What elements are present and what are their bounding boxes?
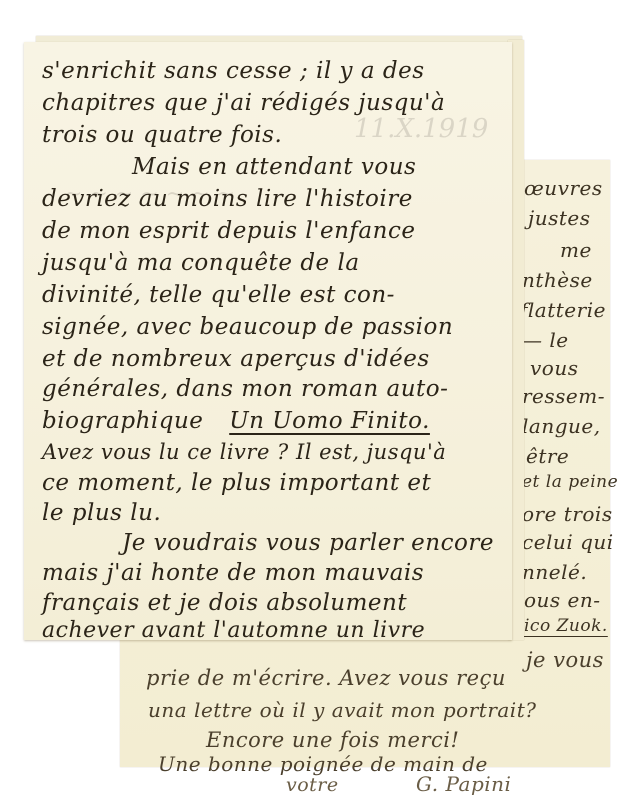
strip-line: langue, (522, 416, 601, 436)
strip-line: et la peine (522, 474, 618, 491)
page-1-line: et de nombreux aperçus d'idées (42, 348, 430, 371)
page-2-line: una lettre où il y avait mon portrait? (148, 700, 536, 720)
strip-line: être (526, 446, 569, 466)
page-1-line: trois ou quatre fois. (42, 124, 282, 147)
strip-line: me (560, 240, 592, 260)
page-1-line: jusqu'à ma conquête de la (42, 252, 360, 275)
page-1-line: s'enrichit sans cesse ; il y a des (42, 60, 425, 83)
strip-line: flatterie (520, 300, 606, 320)
page-1-line: générales, dans mon roman auto- (42, 378, 448, 401)
ghost-date: 11.X.1919 (354, 114, 488, 144)
page-2-line: Encore une fois merci! (206, 730, 459, 751)
strip-line: celui qui (522, 532, 614, 552)
strip-line: — le (522, 330, 569, 350)
strip-line: nnelé. (522, 562, 587, 582)
page-2-line: je vous (526, 650, 604, 671)
strip-line: ressem- (522, 386, 605, 406)
strip-line: ore trois (522, 504, 613, 524)
page-2-signature: G. Papini (416, 774, 511, 794)
page-1-line: le plus lu. (42, 502, 161, 525)
strip-line: œuvres (524, 178, 603, 198)
page-1-line: Avez vous lu ce livre ? Il est, jusqu'à (42, 442, 446, 463)
strip-line: justes (528, 208, 590, 228)
page-1-line: mais j'ai honte de mon mauvais (42, 562, 424, 585)
page-1-line: signée, avec beaucoup de passion (42, 316, 453, 339)
page-1-line: devriez au moins lire l'histoire (42, 188, 413, 211)
strip-line: ico Zuok. (524, 618, 608, 635)
page-2-line: votre (286, 776, 339, 795)
strip-line: nthèse (522, 270, 593, 290)
page-2-line: prie de m'écrire. Avez vous reçu (146, 668, 506, 689)
page-1-line-text: biographique (42, 408, 203, 434)
page-1-line: Je voudrais vous parler encore (42, 532, 494, 555)
page-1-line: chapitres que j'ai rédigés jusqu'à (42, 92, 445, 115)
page-1-line: Mais en attendant vous (42, 156, 416, 179)
book-title: Un Uomo Finito. (229, 408, 430, 434)
strip-line: ous en- (524, 590, 601, 610)
page-1-line: français et je dois absolument (42, 592, 407, 615)
page-1-line: divinité, telle qu'elle est con- (42, 284, 395, 307)
page-1-line: biographique Un Uomo Finito. (42, 410, 430, 433)
page-2-line: Une bonne poignée de main de (158, 754, 488, 774)
page-1-line: achever avant l'automne un livre (42, 620, 425, 642)
letter-page-1: 11.X.1919 ~ ~ ~ ~ ~ ~ ~ s'enrichit sans … (24, 42, 512, 640)
page-1-line: de mon esprit depuis l'enfance (42, 220, 415, 243)
page-1-line: ce moment, le plus important et (42, 472, 431, 495)
strip-line: vous (530, 358, 578, 378)
